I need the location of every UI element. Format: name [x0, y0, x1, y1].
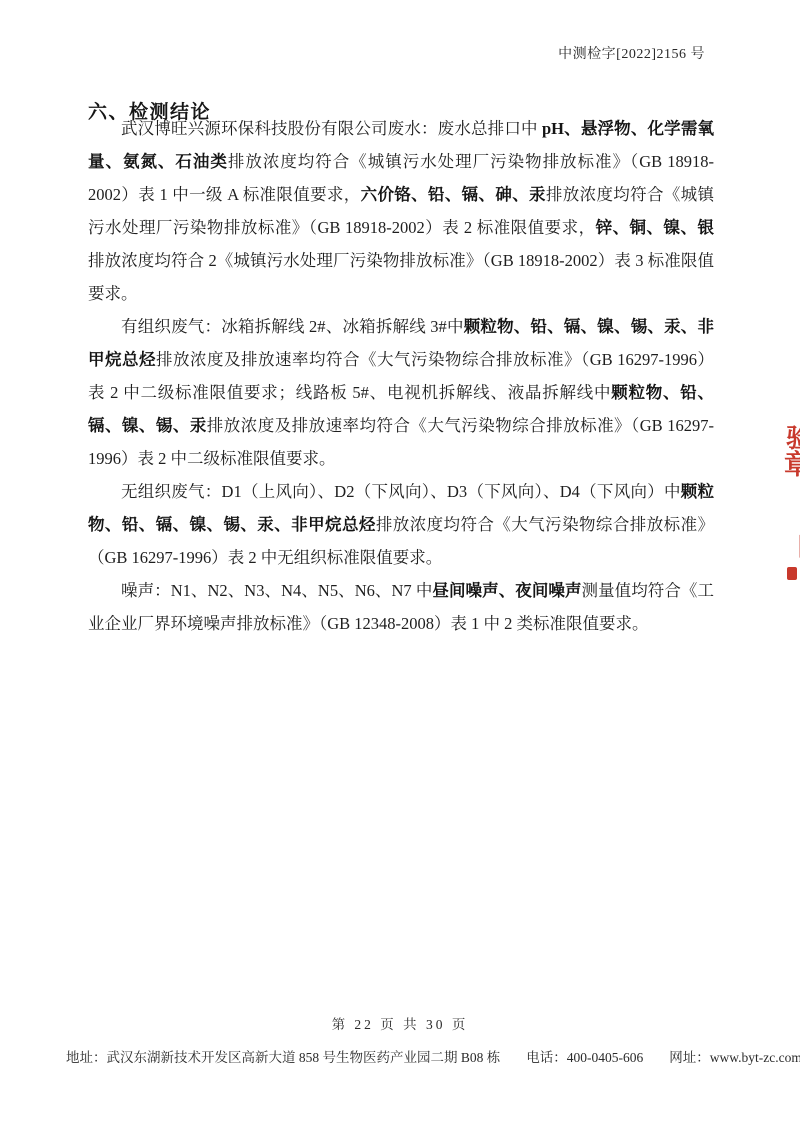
footer-phone: 电话：400-0405-606 — [526, 1046, 643, 1066]
footer-address: 地址：武汉东湖新技术开发区高新大道 858 号生物医药产业园二期 B08 栋 — [66, 1046, 500, 1066]
conclusion-body: 武汉博旺兴源环保科技股份有限公司废水：废水总排口中 pH、悬浮物、化学需氧量、氨… — [88, 112, 714, 640]
red-seal-fragment-icon: 章 — [784, 452, 800, 479]
paragraph-noise: 噪声：N1、N2、N3、N4、N5、N6、N7 中昼间噪声、夜间噪声测量值均符合… — [88, 574, 714, 640]
paragraph-unorganized-exhaust: 无组织废气：D1（上风向）、D2（下风向）、D3（下风向）、D4（下风向）中颗粒… — [88, 475, 714, 574]
red-seal-fragment-icon: 验 — [786, 426, 800, 452]
doc-reference-number: 中测检字[2022]2156 号 — [558, 43, 705, 63]
paragraph-wastewater: 武汉博旺兴源环保科技股份有限公司废水：废水总排口中 pH、悬浮物、化学需氧量、氨… — [88, 112, 714, 310]
paragraph-organized-exhaust: 有组织废气：冰箱拆解线 2#、冰箱拆解线 3#中颗粒物、铅、镉、镍、锡、汞、非甲… — [88, 310, 714, 475]
footer-website: 网址：www.byt-zc.com — [669, 1046, 800, 1066]
page-number-indicator: 第 22 页 共 30 页 — [0, 1013, 800, 1033]
red-seal-fragment-icon: 丨 — [789, 535, 800, 559]
contact-footer: 地址：武汉东湖新技术开发区高新大道 858 号生物医药产业园二期 B08 栋 电… — [66, 1046, 756, 1066]
red-seal-fragment-icon — [787, 567, 797, 580]
scanned-report-page: { "header": { "doc_number": "中测检字[2022]2… — [0, 0, 800, 1131]
